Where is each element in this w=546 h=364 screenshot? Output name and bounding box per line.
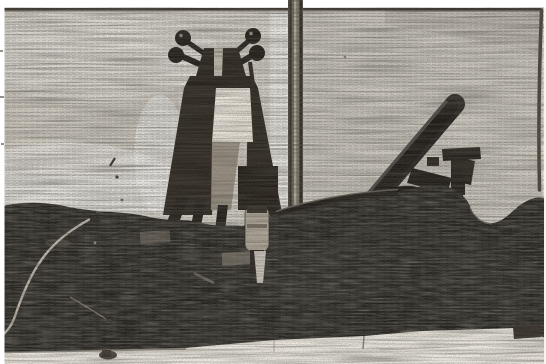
grain-dot-overlay bbox=[0, 0, 546, 364]
halftone-photo: Grainy black-and-white printed photograp… bbox=[0, 0, 546, 364]
photo-canvas: Grainy black-and-white printed photograp… bbox=[0, 0, 546, 364]
